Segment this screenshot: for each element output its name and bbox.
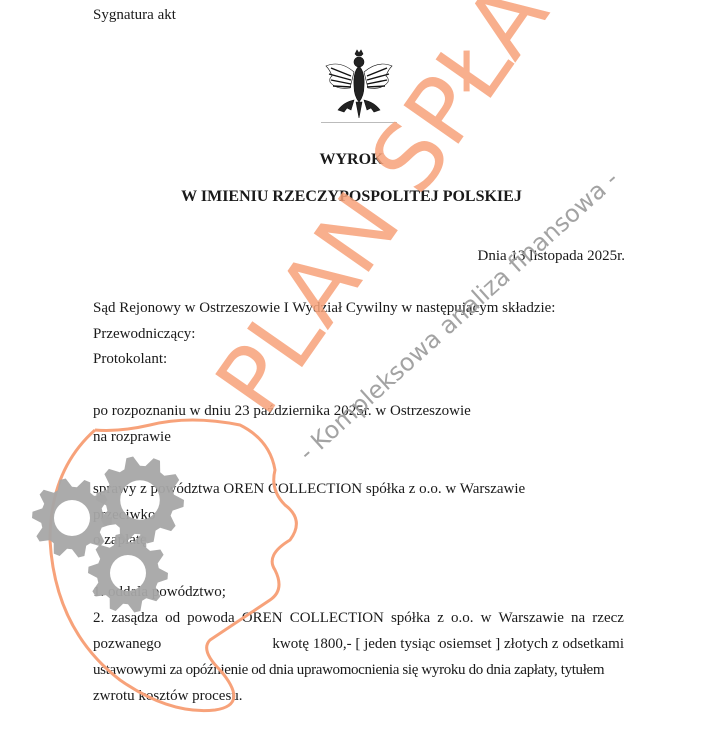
word: z — [437, 611, 444, 626]
document-title: WYROK — [0, 152, 703, 168]
date-line: Dnia 13 listopada 2025r. — [478, 249, 625, 264]
word: na — [571, 611, 585, 626]
against-label: przeciwko — [93, 508, 155, 523]
word: spółka — [391, 611, 430, 626]
watermark-main-text: PLAN SPŁATY — [195, 0, 629, 433]
word: OREN — [242, 611, 283, 626]
word: o.o. — [451, 611, 474, 626]
ruling-2-line-2: pozwanego kwotę 1800,- [ jeden tysiąc os… — [93, 637, 624, 652]
word: od — [165, 611, 180, 626]
word: COLLECTION — [290, 611, 384, 626]
presiding-label: Przewodniczący: — [93, 327, 195, 342]
subject-label: o zapłatę — [93, 533, 147, 548]
case-line: sprawy z powództwa OREN COLLECTION spółk… — [93, 482, 525, 497]
ruling-2-amount: kwotę 1800,- [ jeden tysiąc osiemset ] z… — [272, 637, 624, 652]
word: zasądza — [111, 611, 158, 626]
ruling-2-line-1: 2.zasądzaodpowodaORENCOLLECTIONspółkazo.… — [93, 611, 624, 626]
ruling-2-line-3: ustawowymi za opóźnienie od dnia uprawom… — [93, 663, 604, 678]
case-signature-label: Sygnatura akt — [93, 8, 176, 23]
hearing-type: na rozprawie — [93, 430, 171, 445]
emblem-divider — [321, 122, 397, 123]
ruling-1: 1. oddala powództwo; — [93, 585, 226, 600]
document-subtitle: W IMIENIU RZECZYPOSPOLITEJ POLSKIEJ — [0, 189, 703, 205]
word: powoda — [187, 611, 235, 626]
gear-icon — [96, 457, 184, 544]
hearing-line: po rozpoznaniu w dniu 23 października 20… — [93, 404, 471, 419]
ruling-2-party: pozwanego — [93, 637, 161, 652]
word: rzecz — [592, 611, 624, 626]
ruling-2-line-4: zwrotu kosztów procesu. — [93, 689, 243, 704]
clerk-label: Protokolant: — [93, 352, 167, 367]
word: 2. — [93, 611, 104, 626]
word: Warszawie — [499, 611, 564, 626]
court-line: Sąd Rejonowy w Ostrzeszowie I Wydział Cy… — [93, 301, 555, 316]
word: w — [481, 611, 492, 626]
polish-eagle-emblem-icon — [321, 48, 397, 122]
